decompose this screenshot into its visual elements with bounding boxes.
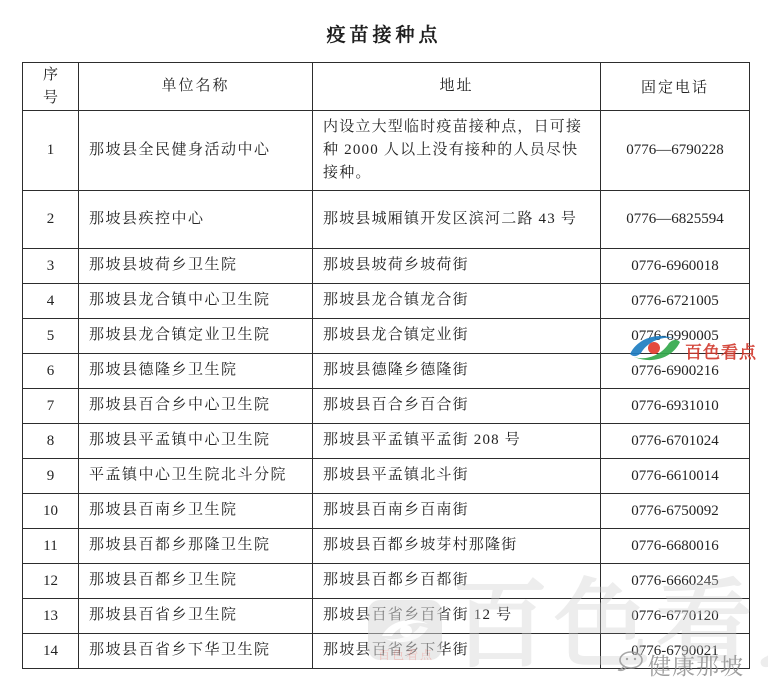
cell-no: 9 — [23, 459, 79, 494]
table-row: 1 那坡县全民健身活动中心 内设立大型临时疫苗接种点，日可接种 2000 人以上… — [23, 111, 750, 191]
cell-name: 那坡县龙合镇中心卫生院 — [79, 284, 313, 319]
cell-no: 3 — [23, 249, 79, 284]
document-page: 疫苗接种点 序号 单位名称 地址 固定电话 1 那坡县全民健身活动中心 内设立大… — [0, 0, 768, 694]
cell-address: 内设立大型临时疫苗接种点，日可接种 2000 人以上没有接种的人员尽快接种。 — [313, 111, 601, 191]
cell-name: 那坡县德隆乡卫生院 — [79, 354, 313, 389]
table-header-row: 序号 单位名称 地址 固定电话 — [23, 63, 750, 111]
table-row: 14 那坡县百省乡下华卫生院 那坡县百省乡下华街 0776-6790021 — [23, 634, 750, 669]
cell-no: 8 — [23, 424, 79, 459]
table-row: 10 那坡县百南乡卫生院 那坡县百南乡百南街 0776-6750092 — [23, 494, 750, 529]
header-no-label: 序号 — [42, 64, 59, 109]
cell-name: 那坡县全民健身活动中心 — [79, 111, 313, 191]
cell-phone: 0776—6790228 — [601, 111, 750, 191]
cell-address: 那坡县百都乡坡芽村那隆街 — [313, 529, 601, 564]
vaccination-points-table: 序号 单位名称 地址 固定电话 1 那坡县全民健身活动中心 内设立大型临时疫苗接… — [22, 62, 750, 669]
cell-no: 10 — [23, 494, 79, 529]
cell-phone: 0776-6900216 — [601, 354, 750, 389]
cell-no: 4 — [23, 284, 79, 319]
cell-no: 14 — [23, 634, 79, 669]
cell-phone: 0776-6701024 — [601, 424, 750, 459]
cell-address: 那坡县平孟镇北斗街 — [313, 459, 601, 494]
cell-name: 那坡县百省乡下华卫生院 — [79, 634, 313, 669]
cell-address: 那坡县百都乡百都街 — [313, 564, 601, 599]
cell-name: 那坡县百南乡卫生院 — [79, 494, 313, 529]
table-row: 11 那坡县百都乡那隆卫生院 那坡县百都乡坡芽村那隆街 0776-6680016 — [23, 529, 750, 564]
cell-phone: 0776-6680016 — [601, 529, 750, 564]
cell-phone: 0776-6610014 — [601, 459, 750, 494]
cell-address: 那坡县百省乡百省街 12 号 — [313, 599, 601, 634]
cell-address: 那坡县龙合镇龙合街 — [313, 284, 601, 319]
cell-address: 那坡县坡荷乡坡荷街 — [313, 249, 601, 284]
cell-name: 那坡县龙合镇定业卫生院 — [79, 319, 313, 354]
cell-phone: 0776-6960018 — [601, 249, 750, 284]
cell-no: 5 — [23, 319, 79, 354]
header-name: 单位名称 — [79, 63, 313, 111]
cell-phone: 0776—6825594 — [601, 191, 750, 249]
table-row: 12 那坡县百都乡卫生院 那坡县百都乡百都街 0776-6660245 — [23, 564, 750, 599]
table-row: 2 那坡县疾控中心 那坡县城厢镇开发区滨河二路 43 号 0776—682559… — [23, 191, 750, 249]
table-row: 6 那坡县德隆乡卫生院 那坡县德隆乡德隆街 0776-6900216 — [23, 354, 750, 389]
cell-no: 12 — [23, 564, 79, 599]
cell-phone: 0776-6790021 — [601, 634, 750, 669]
cell-name: 那坡县平孟镇中心卫生院 — [79, 424, 313, 459]
cell-address: 那坡县百合乡百合街 — [313, 389, 601, 424]
page-title: 疫苗接种点 — [0, 20, 768, 47]
cell-phone: 0776-6660245 — [601, 564, 750, 599]
cell-no: 13 — [23, 599, 79, 634]
cell-address: 那坡县百南乡百南街 — [313, 494, 601, 529]
header-phone: 固定电话 — [601, 63, 750, 111]
cell-no: 1 — [23, 111, 79, 191]
cell-phone: 0776-6750092 — [601, 494, 750, 529]
cell-phone: 0776-6990005 — [601, 319, 750, 354]
cell-address: 那坡县百省乡下华街 — [313, 634, 601, 669]
cell-name: 那坡县疾控中心 — [79, 191, 313, 249]
cell-no: 7 — [23, 389, 79, 424]
table-row: 4 那坡县龙合镇中心卫生院 那坡县龙合镇龙合街 0776-6721005 — [23, 284, 750, 319]
cell-phone: 0776-6721005 — [601, 284, 750, 319]
header-no: 序号 — [23, 63, 79, 111]
table-row: 3 那坡县坡荷乡卫生院 那坡县坡荷乡坡荷街 0776-6960018 — [23, 249, 750, 284]
table-row: 5 那坡县龙合镇定业卫生院 那坡县龙合镇定业街 0776-6990005 — [23, 319, 750, 354]
table-row: 7 那坡县百合乡中心卫生院 那坡县百合乡百合街 0776-6931010 — [23, 389, 750, 424]
table-row: 8 那坡县平孟镇中心卫生院 那坡县平孟镇平孟街 208 号 0776-67010… — [23, 424, 750, 459]
cell-name: 那坡县坡荷乡卫生院 — [79, 249, 313, 284]
cell-address: 那坡县城厢镇开发区滨河二路 43 号 — [313, 191, 601, 249]
header-address: 地址 — [313, 63, 601, 111]
cell-address: 那坡县德隆乡德隆街 — [313, 354, 601, 389]
cell-name: 那坡县百都乡卫生院 — [79, 564, 313, 599]
cell-name: 那坡县百都乡那隆卫生院 — [79, 529, 313, 564]
cell-address: 那坡县平孟镇平孟街 208 号 — [313, 424, 601, 459]
cell-name: 平孟镇中心卫生院北斗分院 — [79, 459, 313, 494]
cell-no: 6 — [23, 354, 79, 389]
table-row: 9 平孟镇中心卫生院北斗分院 那坡县平孟镇北斗街 0776-6610014 — [23, 459, 750, 494]
cell-address: 那坡县龙合镇定业街 — [313, 319, 601, 354]
cell-name: 那坡县百省乡卫生院 — [79, 599, 313, 634]
cell-no: 11 — [23, 529, 79, 564]
cell-no: 2 — [23, 191, 79, 249]
cell-phone: 0776-6770120 — [601, 599, 750, 634]
cell-phone: 0776-6931010 — [601, 389, 750, 424]
table-row: 13 那坡县百省乡卫生院 那坡县百省乡百省街 12 号 0776-6770120 — [23, 599, 750, 634]
cell-name: 那坡县百合乡中心卫生院 — [79, 389, 313, 424]
